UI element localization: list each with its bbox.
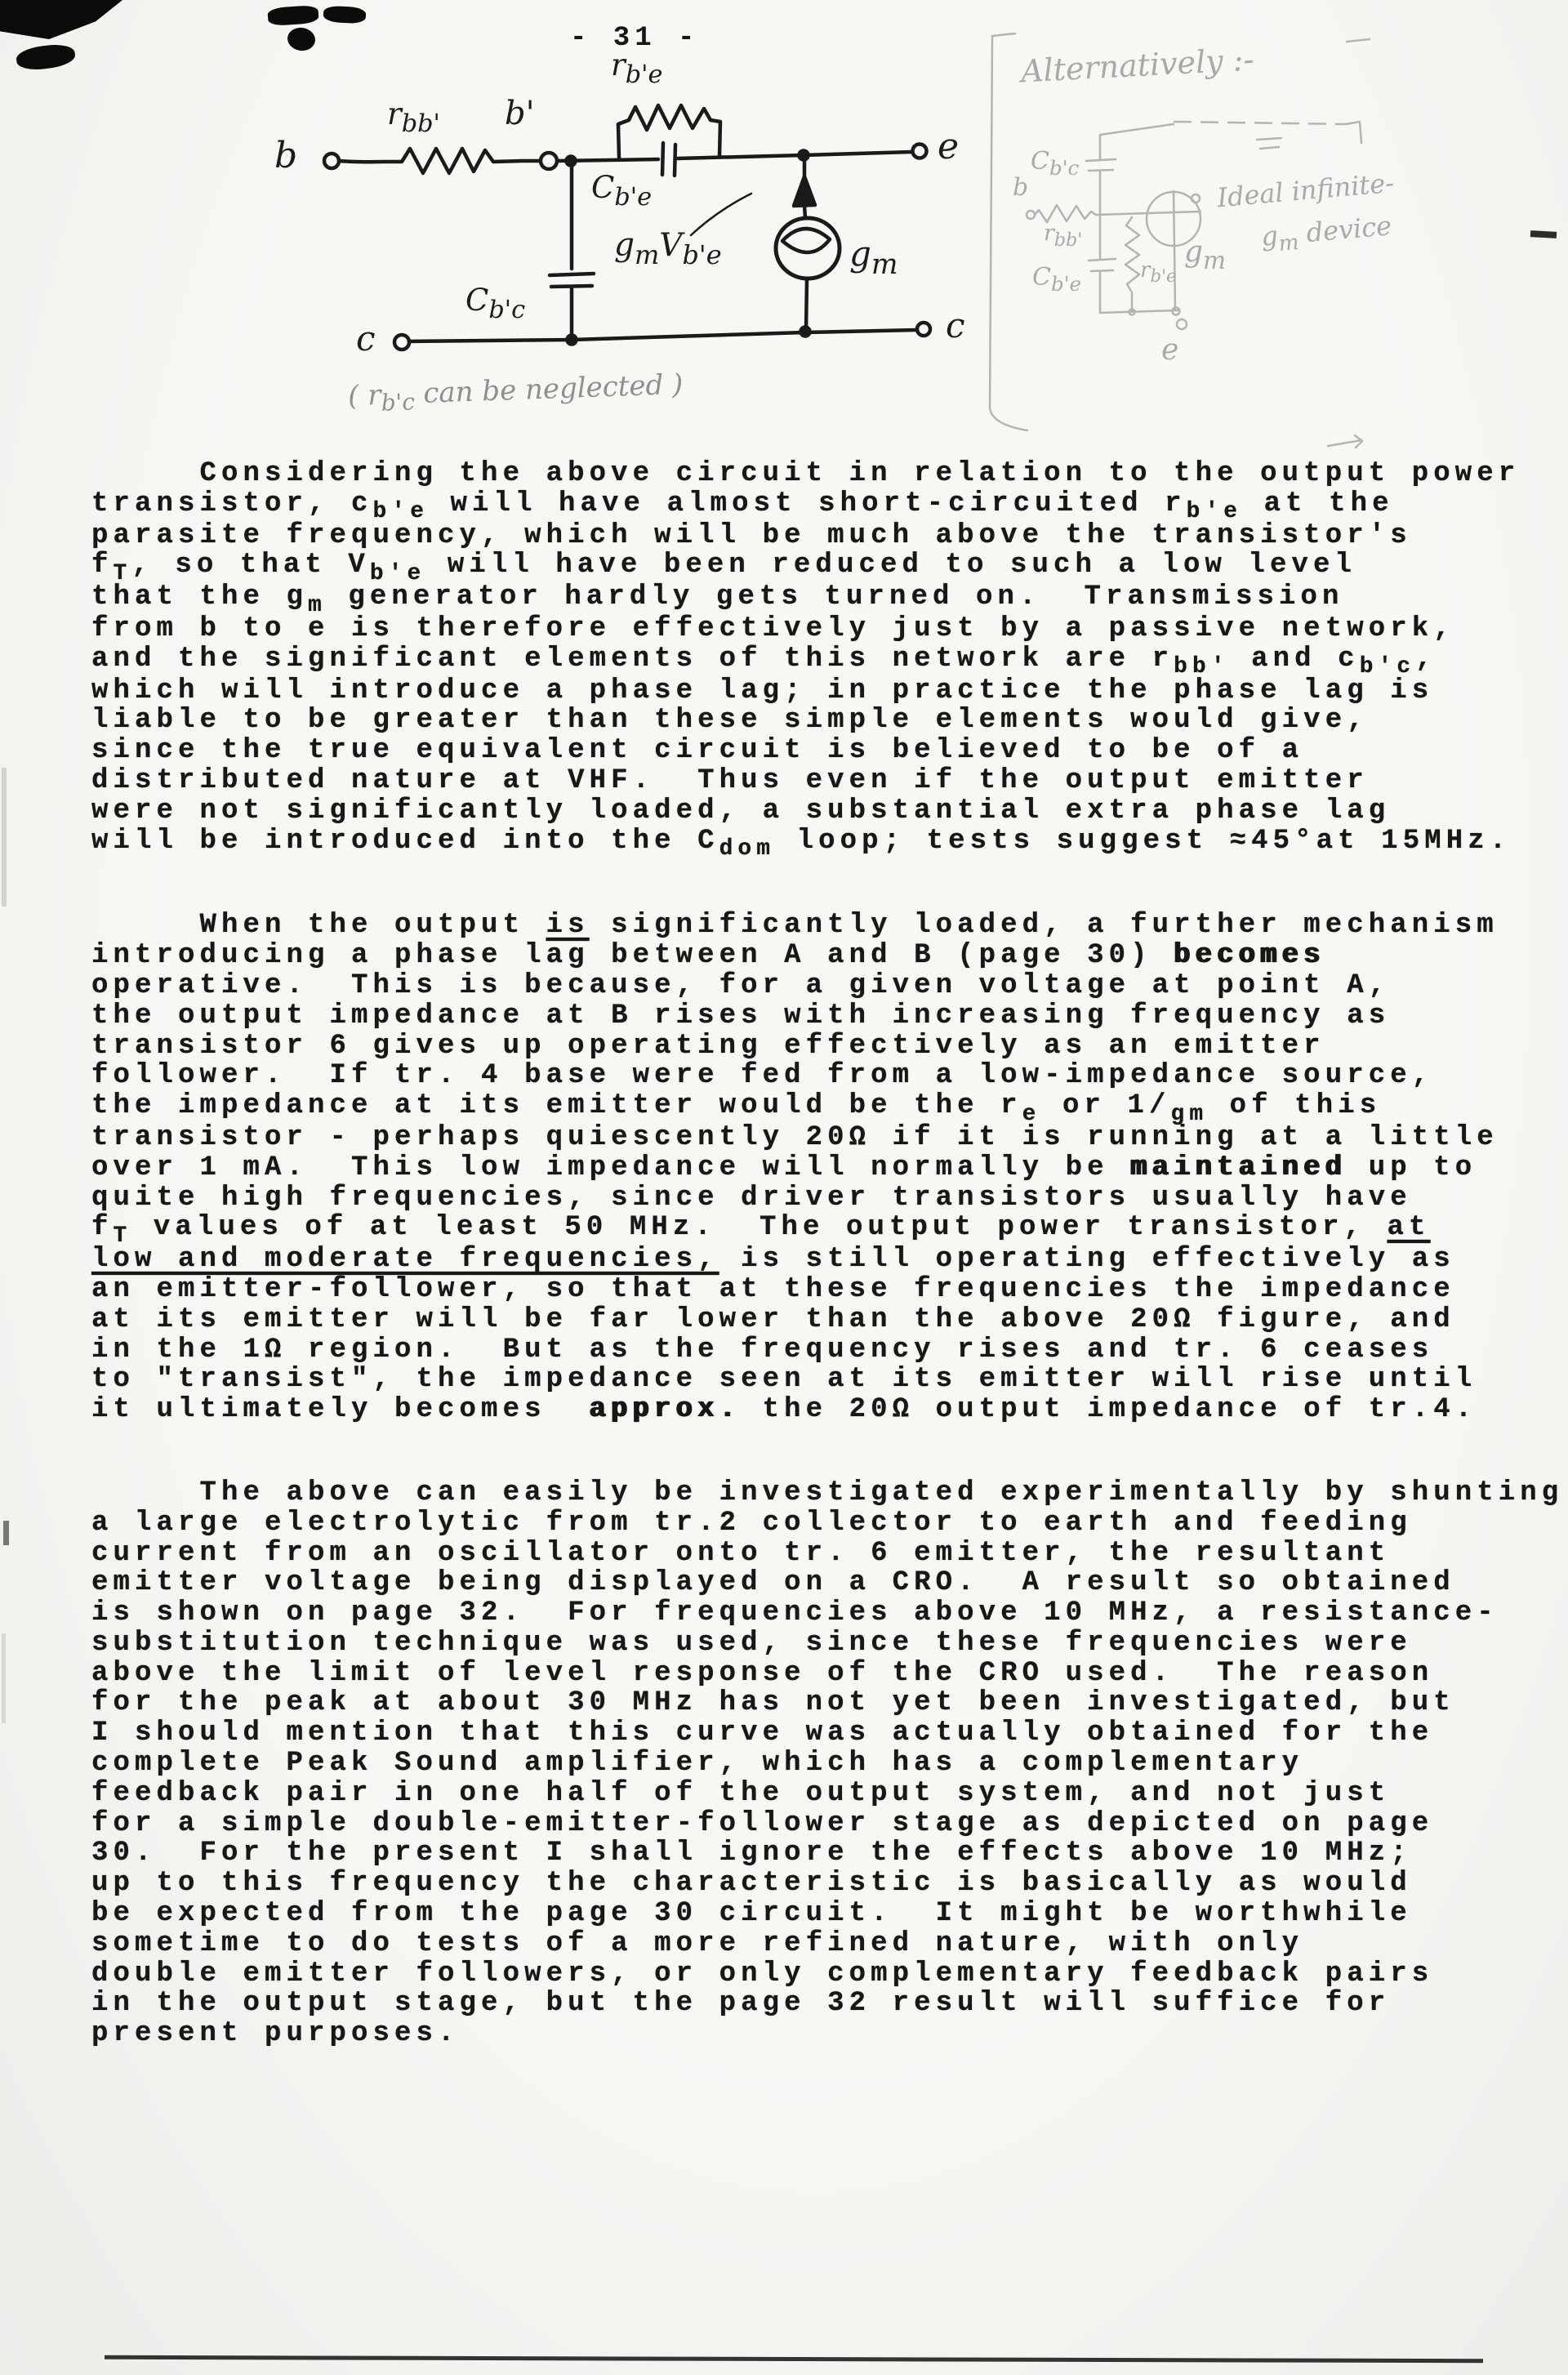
sketch-gm-label: gm (1184, 235, 1226, 269)
dashed-wire-hook (1346, 122, 1361, 143)
text-line: from b to e is therefore effectively jus… (91, 614, 1563, 644)
margin-bracket (990, 33, 1027, 430)
b-prime-label: b' (505, 95, 535, 132)
text-line: were not significantly loaded, a substan… (91, 796, 1563, 827)
paragraph: When the output is significantly loaded,… (91, 911, 1563, 1425)
sketch-r-be-label: rb'e (1140, 258, 1177, 283)
text-line: which will introduce a phase lag; in pra… (91, 676, 1563, 706)
text-line: fT, so that Vb'e will have been reduced … (91, 550, 1563, 582)
scanned-document-page: - 31 - (0, 0, 1568, 2375)
collector-rail-wire (409, 330, 916, 341)
node-dot (1173, 308, 1180, 315)
c-bc-cap-wires (1100, 124, 1174, 213)
text-line: low and moderate frequencies, is still o… (91, 1245, 1563, 1275)
text-line: present purposes. (91, 2019, 1563, 2049)
c-be-capacitor (1089, 259, 1116, 271)
sketch-caption-line2: gm device (1260, 210, 1393, 252)
dashed-wire (1174, 122, 1346, 124)
scan-artifact (2, 768, 7, 907)
sketch-c-be-label: Cb'e (1032, 263, 1081, 292)
handwritten-note: ( rb'c can be neglected ) (347, 368, 684, 412)
pencil-arrow (1328, 435, 1362, 448)
junction-dot (567, 157, 576, 166)
text-line: for the peak at about 30 MHz has not yet… (91, 1688, 1563, 1718)
text-line: and the significant elements of this net… (91, 644, 1563, 676)
text-line: fT values of at least 50 MHz. The output… (91, 1213, 1563, 1245)
text-line: introducing a phase lag between A and B … (91, 941, 1563, 971)
gm-vbe-source-label: gmVb'e (614, 227, 722, 264)
sketch-e-label: e (1161, 333, 1178, 367)
b-terminal-label: b (274, 135, 297, 176)
text-line: an emitter-follower, so that at these fr… (91, 1275, 1563, 1305)
text-line: above the limit of level response of the… (91, 1659, 1563, 1689)
junction-dot (568, 336, 577, 345)
sketch-c-bc-label: Cb'c (1031, 147, 1079, 176)
text-line: is shown on page 32. For frequencies abo… (91, 1598, 1563, 1629)
text-line: the output impedance at B rises with inc… (91, 1001, 1563, 1032)
current-source-arrowhead (794, 176, 815, 206)
paragraph: The above can easily be investigated exp… (91, 1478, 1563, 2049)
wire (678, 152, 911, 158)
scan-artifact (105, 2355, 1483, 2363)
gm-device-terminal (1192, 194, 1200, 203)
scan-artifact (323, 6, 367, 25)
sketch-r-bb-label: rbb' (1044, 221, 1082, 246)
c-bc-capacitor (1086, 159, 1116, 171)
wire (1096, 212, 1200, 215)
scan-artifact (286, 26, 317, 53)
text-line: follower. If tr. 4 base were fed from a … (91, 1061, 1563, 1091)
gm-label: gm (849, 234, 898, 274)
text-line: complete Peak Sound amplifier, which has… (91, 1749, 1563, 1779)
c-be-capacitor (662, 143, 675, 176)
current-source-inner-loop (782, 229, 830, 252)
circuit-drawings (0, 0, 1568, 523)
text-line: over 1 mA. This low impedance will norma… (91, 1153, 1563, 1183)
text-line: for a simple double-emitter-follower sta… (91, 1809, 1563, 1839)
r-bb-label: rbb' (387, 96, 440, 131)
scan-artifact (3, 1521, 9, 1545)
scan-artifact (1530, 230, 1557, 238)
text-line: since the true equivalent circuit is bel… (91, 736, 1563, 766)
current-source-circle (776, 218, 840, 278)
c-be-label: Cb'e (591, 170, 652, 205)
text-line: sometime to do tests of a more refined n… (91, 1929, 1563, 1959)
body-text: Considering the above circuit in relatio… (91, 459, 1563, 2102)
text-line: it ultimately becomes approx. the 20Ω ou… (91, 1395, 1563, 1425)
paragraph: Considering the above circuit in relatio… (91, 459, 1563, 858)
text-line: operative. This is because, for a given … (91, 971, 1563, 1001)
wire (557, 159, 658, 161)
text-line: the impedance at its emitter would be th… (91, 1091, 1563, 1123)
e-terminal-label: e (938, 126, 959, 167)
b-terminal-circle (324, 154, 339, 168)
r-be-resistor (1125, 217, 1139, 311)
c-bc-label: Cb'c (465, 283, 525, 318)
text-line: quite high frequencies, since driver tra… (91, 1183, 1563, 1214)
text-line: in the 1Ω region. But as the frequency r… (91, 1335, 1563, 1366)
equals-mark (1257, 138, 1281, 149)
text-line: current from an oscillator onto tr. 6 em… (91, 1539, 1563, 1569)
text-line: feedback pair in one half of the output … (91, 1779, 1563, 1809)
text-line: 30. For the present I shall ignore the e… (91, 1838, 1563, 1869)
text-line: transistor, cb'e will have almost short-… (91, 489, 1563, 521)
text-line: to "transist", the impedance seen at its… (91, 1365, 1563, 1395)
sketch-b-label: b (1013, 173, 1028, 202)
text-line: at its emitter will be far lower than th… (91, 1305, 1563, 1335)
r-be-label: rb'e (611, 47, 662, 82)
junction-dot (800, 151, 808, 160)
text-line: double emitter followers, or only comple… (91, 1959, 1563, 1990)
text-line: emitter voltage being displayed on a CRO… (91, 1568, 1563, 1598)
b-terminal-circle (1027, 211, 1035, 219)
sketch-heading: Alternatively :- (1020, 42, 1254, 90)
e-terminal-circle (1177, 319, 1187, 329)
text-line: Considering the above circuit in relatio… (91, 459, 1563, 489)
scan-artifact (267, 5, 318, 26)
text-line: distributed nature at VHF. Thus even if … (91, 766, 1563, 796)
text-line: substitution technique was used, since t… (91, 1629, 1563, 1659)
scan-artifact (0, 0, 122, 39)
text-line: a large electrolytic from tr.2 collector… (91, 1508, 1563, 1539)
pencil-dash (1347, 39, 1370, 42)
r-be-resistor (618, 105, 720, 158)
text-line: parasite frequency, which will be much a… (91, 521, 1563, 551)
scan-artifact (16, 42, 77, 73)
scan-artifact (2, 1633, 6, 1723)
text-line: transistor - perhaps quiescently 20Ω if … (91, 1123, 1563, 1153)
text-line: in the output stage, but the page 32 res… (91, 1989, 1563, 2019)
c-bc-capacitor (550, 274, 594, 287)
text-line: be expected from the page 30 circuit. It… (91, 1899, 1563, 1929)
text-line: that the gm generator hardly gets turned… (91, 582, 1563, 614)
sketch-caption-line1: Ideal infinite- (1216, 167, 1396, 214)
r-bb-resistor (1035, 205, 1096, 222)
e-terminal-circle (913, 145, 927, 158)
text-line: I should mention that this curve was act… (91, 1718, 1563, 1749)
text-line: When the output is significantly loaded,… (91, 911, 1563, 941)
text-line: The above can easily be investigated exp… (91, 1478, 1563, 1508)
b-prime-node-circle (541, 153, 557, 169)
c-terminal-left-label: c (356, 319, 376, 359)
text-line: up to this frequency the characteristic … (91, 1869, 1563, 1899)
c-terminal-right-circle (917, 323, 930, 336)
text-line: transistor 6 gives up operating effectiv… (91, 1032, 1563, 1062)
text-line: liable to be greater than these simple e… (91, 706, 1563, 736)
r-bb-resistor (339, 149, 539, 173)
node-dot (1129, 310, 1135, 315)
text-line: will be introduced into the Cdom loop; t… (91, 827, 1563, 858)
gm-device-line (1174, 191, 1174, 247)
current-source-wire (804, 155, 807, 331)
c-terminal-left-circle (394, 335, 409, 350)
junction-dot (801, 328, 810, 336)
c-terminal-right-label: c (946, 305, 965, 345)
